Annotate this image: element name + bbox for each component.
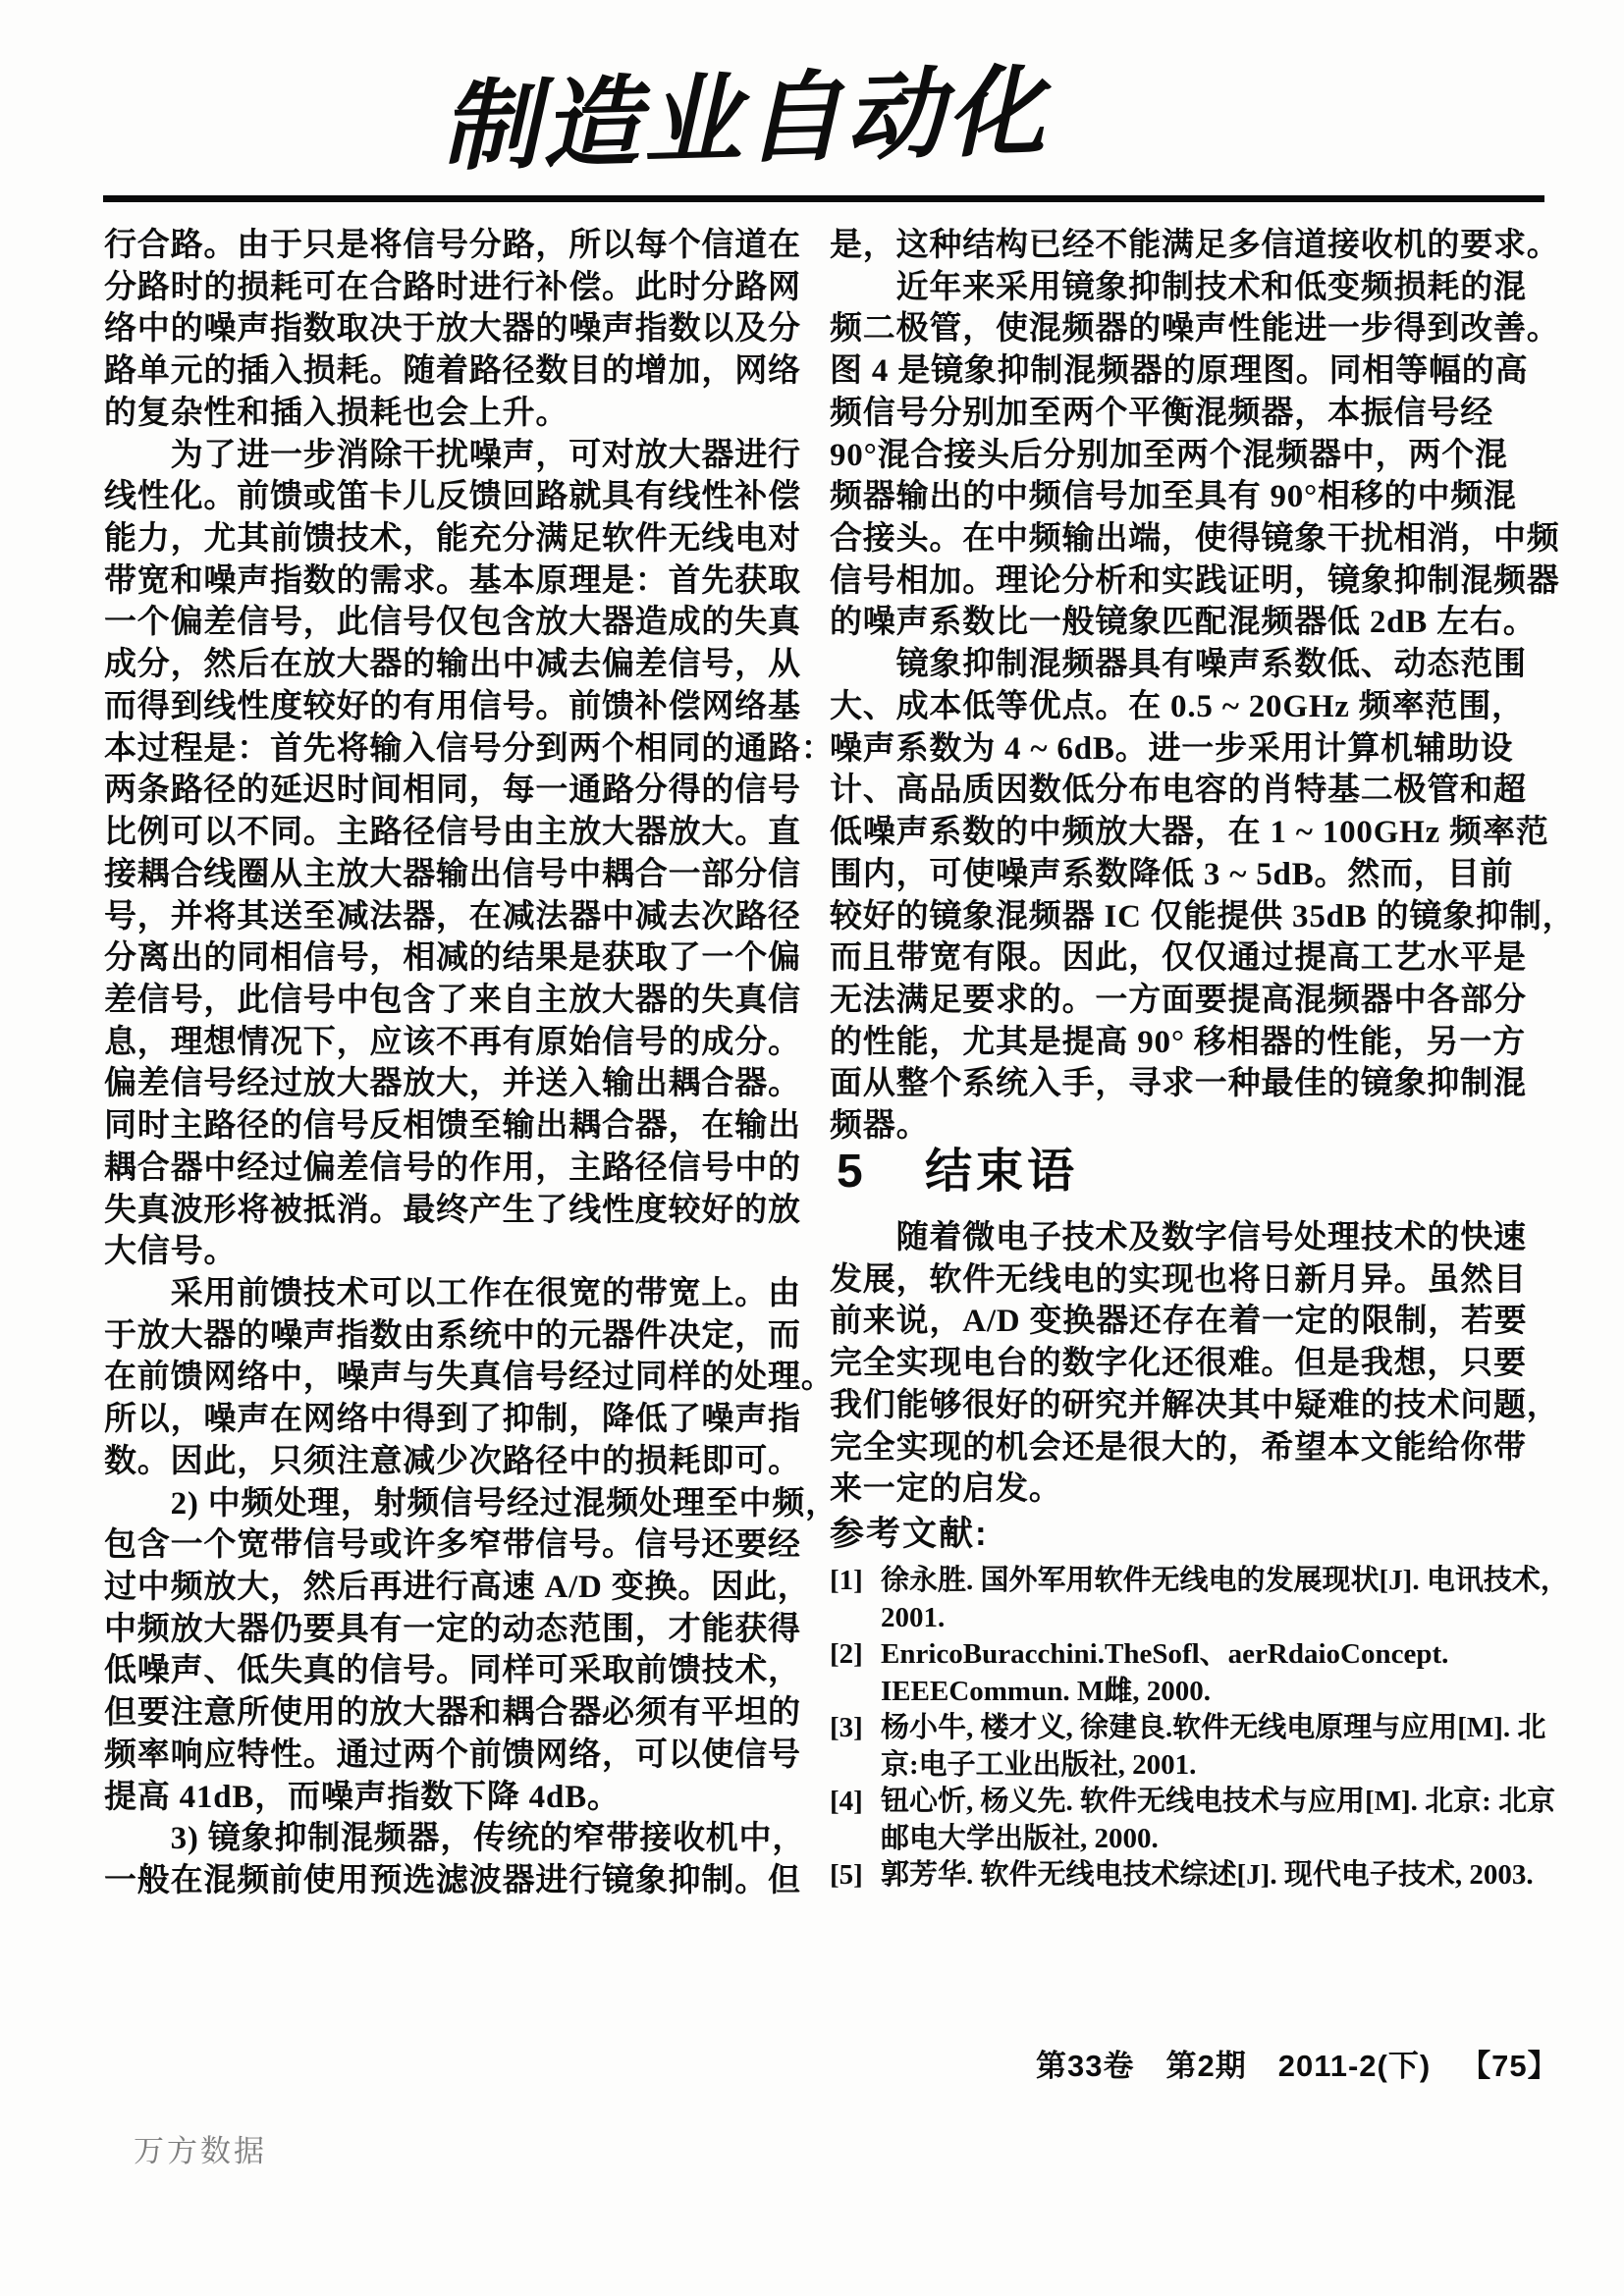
text-line: 无法满足要求的。一方面要提高混频器中各部分 <box>830 980 1544 1022</box>
text-line: 提高 41dB，而噪声指数下降 4dB。 <box>104 1777 813 1819</box>
references-heading: 参考文献: <box>830 1513 989 1556</box>
text-line: 围内，可使噪声系数降低 3 ~ 5dB。然而，目前 <box>830 854 1544 896</box>
text-line: 为了进一步消除干扰噪声，可对放大器进行 <box>104 435 813 477</box>
text-line: 行合路。由于只是将信号分路，所以每个信道在 <box>104 225 813 267</box>
reference-line: EnricoBuracchini.TheSofl、aerRdaioConcept… <box>881 1636 1546 1674</box>
text-line: 低噪声、低失真的信号。同样可采取前馈技术， <box>104 1650 813 1692</box>
text-line: 成分，然后在放大器的输出中减去偏差信号，从 <box>104 644 813 686</box>
reference-item: [2]EnricoBuracchini.TheSofl、aerRdaioConc… <box>830 1636 1546 1710</box>
text-line: 过中频放大，然后再进行高速 A/D 变换。因此， <box>104 1567 813 1609</box>
header-rule <box>103 195 1544 202</box>
footer-volume-issue: 第33卷 第2期 2011-2(下) <box>1036 2049 1431 2083</box>
text-line: 带宽和噪声指数的需求。基本原理是：首先获取 <box>104 561 813 603</box>
text-line: 的性能，尤其是提高 90° 移相器的性能，另一方 <box>830 1022 1544 1064</box>
text-line: 信号相加。理论分析和实践证明，镜象抑制混频器 <box>830 561 1544 603</box>
reference-item: [3]杨小牛, 楼才义, 徐建良.软件无线电原理与应用[M]. 北京:电子工业出… <box>830 1710 1546 1784</box>
section-title: 结束语 <box>925 1145 1078 1200</box>
section-number: 5 <box>837 1145 863 1200</box>
text-line: 络中的噪声指数取决于放大器的噪声指数以及分 <box>104 308 813 350</box>
text-line: 大信号。 <box>104 1231 813 1273</box>
text-line: 的复杂性和插入损耗也会上升。 <box>104 393 813 435</box>
text-line: 频器。 <box>830 1105 1544 1148</box>
text-line: 频信号分别加至两个平衡混频器，本振信号经 <box>830 393 1544 435</box>
left-column-text: 行合路。由于只是将信号分路，所以每个信道在分路时的损耗可在合路时进行补偿。此时分… <box>104 225 813 1902</box>
reference-label: [1] <box>830 1563 863 1600</box>
text-line: 在前馈网络中，噪声与失真信号经过同样的处理。 <box>104 1357 813 1399</box>
text-line: 完全实现电台的数字化还很难。但是我想，只要 <box>830 1343 1544 1385</box>
text-line: 面从整个系统入手，寻求一种最佳的镜象抑制混 <box>830 1063 1544 1105</box>
text-line: 镜象抑制混频器具有噪声系数低、动态范围 <box>830 644 1544 686</box>
text-line: 大、成本低等优点。在 0.5 ~ 20GHz 频率范围， <box>830 686 1544 728</box>
text-line: 频率响应特性。通过两个前馈网络，可以使信号 <box>104 1735 813 1777</box>
text-line: 计、高品质因数低分布电容的肖特基二极管和超 <box>830 770 1544 812</box>
text-line: 近年来采用镜象抑制技术和低变频损耗的混 <box>830 267 1544 309</box>
text-line: 采用前馈技术可以工作在很宽的带宽上。由 <box>104 1273 813 1315</box>
reference-line: 杨小牛, 楼才义, 徐建良.软件无线电原理与应用[M]. 北 <box>881 1710 1546 1747</box>
text-line: 2) 中频处理，射频信号经过混频处理至中频， <box>104 1483 813 1525</box>
reference-line: 邮电大学出版社, 2000. <box>881 1821 1546 1858</box>
conclusion-text: 随着微电子技术及数字信号处理技术的快速发展，软件无线电的实现也将日新月异。虽然目… <box>830 1217 1544 1511</box>
text-line: 路单元的插入损耗。随着路径数目的增加，网络 <box>104 350 813 393</box>
reference-line: 郭芳华. 软件无线电技术综述[J]. 现代电子技术, 2003. <box>881 1857 1546 1895</box>
reference-line: IEEECommun. M雌, 2000. <box>881 1674 1546 1711</box>
text-line: 能力，尤其前馈技术，能充分满足软件无线电对 <box>104 518 813 561</box>
text-line: 我们能够很好的研究并解决其中疑难的技术问题， <box>830 1385 1544 1427</box>
reference-item: [5]郭芳华. 软件无线电技术综述[J]. 现代电子技术, 2003. <box>830 1857 1546 1895</box>
text-line: 耦合器中经过偏差信号的作用，主路径信号中的 <box>104 1148 813 1190</box>
reference-label: [3] <box>830 1710 863 1747</box>
text-line: 频器输出的中频信号加至具有 90°相移的中频混 <box>830 476 1544 518</box>
text-line: 3) 镜象抑制混频器，传统的窄带接收机中， <box>104 1818 813 1860</box>
text-line: 低噪声系数的中频放大器，在 1 ~ 100GHz 频率范 <box>830 812 1544 854</box>
text-line: 息，理想情况下，应该不再有原始信号的成分。 <box>104 1022 813 1064</box>
text-line: 偏差信号经过放大器放大，并送入输出耦合器。 <box>104 1063 813 1105</box>
footer-page-badge: 【75】 <box>1460 2049 1558 2083</box>
text-line: 完全实现的机会还是很大的，希望本文能给你带 <box>830 1427 1544 1469</box>
wanfang-watermark: 万方数据 <box>134 2135 267 2168</box>
text-line: 同时主路径的信号反相馈至输出耦合器，在输出 <box>104 1105 813 1148</box>
footer-line: 第33卷 第2期 2011-2(下)【75】 <box>1036 2050 1559 2083</box>
text-line: 失真波形将被抵消。最终产生了线性度较好的放 <box>104 1190 813 1232</box>
text-line: 而且带宽有限。因此，仅仅通过提高工艺水平是 <box>830 937 1544 980</box>
reference-item: [1]徐永胜. 国外军用软件无线电的发展现状[J]. 电讯技术，2001. <box>830 1563 1546 1636</box>
right-column-intro-text: 是，这种结构已经不能满足多信道接收机的要求。 近年来采用镜象抑制技术和低变频损耗… <box>830 225 1544 1148</box>
text-line: 是，这种结构已经不能满足多信道接收机的要求。 <box>830 225 1544 267</box>
journal-logo: 制造业自动化 <box>438 49 1050 192</box>
scanned-paper-page: 制造业自动化 行合路。由于只是将信号分路，所以每个信道在分路时的损耗可在合路时进… <box>0 0 1624 2296</box>
text-line: 但要注意所使用的放大器和耦合器必须有平坦的 <box>104 1692 813 1735</box>
text-line: 包含一个宽带信号或许多窄带信号。信号还要经 <box>104 1524 813 1567</box>
reference-line: 钮心忻, 杨义先. 软件无线电技术与应用[M]. 北京: 北京 <box>881 1784 1546 1821</box>
reference-label: [4] <box>830 1784 863 1821</box>
reference-label: [2] <box>830 1636 863 1674</box>
reference-line: 徐永胜. 国外军用软件无线电的发展现状[J]. 电讯技术， <box>881 1563 1546 1600</box>
reference-line: 2001. <box>881 1600 1546 1637</box>
text-line: 数。因此，只须注意减少次路径中的损耗即可。 <box>104 1441 813 1483</box>
text-line: 分离出的同相信号，相减的结果是获取了一个偏 <box>104 937 813 980</box>
text-line: 前来说，A/D 变换器还存在着一定的限制，若要 <box>830 1301 1544 1343</box>
text-line: 所以，噪声在网络中得到了抑制，降低了噪声指 <box>104 1399 813 1441</box>
text-line: 随着微电子技术及数字信号处理技术的快速 <box>830 1217 1544 1259</box>
text-line: 比例可以不同。主路径信号由主放大器放大。直 <box>104 812 813 854</box>
text-line: 接耦合线圈从主放大器输出信号中耦合一部分信 <box>104 854 813 896</box>
text-line: 一个偏差信号，此信号仅包含放大器造成的失真 <box>104 602 813 644</box>
references-list: [1]徐永胜. 国外军用软件无线电的发展现状[J]. 电讯技术，2001.[2]… <box>830 1563 1546 1895</box>
text-line: 分路时的损耗可在合路时进行补偿。此时分路网 <box>104 267 813 309</box>
text-line: 而得到线性度较好的有用信号。前馈补偿网络基 <box>104 686 813 728</box>
text-line: 中频放大器仍要具有一定的动态范围，才能获得 <box>104 1609 813 1651</box>
text-line: 于放大器的噪声指数由系统中的元器件决定，而 <box>104 1315 813 1358</box>
text-line: 频二极管，使混频器的噪声性能进一步得到改善。 <box>830 308 1544 350</box>
text-line: 线性化。前馈或笛卡儿反馈回路就具有线性补偿 <box>104 476 813 518</box>
text-line: 两条路径的延迟时间相同，每一通路分得的信号 <box>104 770 813 812</box>
text-line: 图 4 是镜象抑制混频器的原理图。同相等幅的高 <box>830 350 1544 393</box>
text-line: 的噪声系数比一般镜象匹配混频器低 2dB 左右。 <box>830 602 1544 644</box>
text-line: 90°混合接头后分别加至两个混频器中，两个混 <box>830 435 1544 477</box>
section-heading-conclusion: 5 结束语 <box>837 1145 1078 1200</box>
text-line: 来一定的启发。 <box>830 1468 1544 1511</box>
text-line: 噪声系数为 4 ~ 6dB。进一步采用计算机辅助设 <box>830 728 1544 771</box>
reference-label: [5] <box>830 1857 863 1895</box>
reference-item: [4]钮心忻, 杨义先. 软件无线电技术与应用[M]. 北京: 北京邮电大学出版… <box>830 1784 1546 1857</box>
text-line: 较好的镜象混频器 IC 仅能提供 35dB 的镜象抑制， <box>830 896 1544 938</box>
text-line: 差信号，此信号中包含了来自主放大器的失真信 <box>104 980 813 1022</box>
text-line: 一般在混频前使用预选滤波器进行镜象抑制。但 <box>104 1860 813 1902</box>
text-line: 号，并将其送至减法器，在减法器中减去次路径 <box>104 896 813 938</box>
reference-line: 京:电子工业出版社, 2001. <box>881 1747 1546 1785</box>
text-line: 合接头。在中频输出端，使得镜象干扰相消，中频 <box>830 518 1544 561</box>
text-line: 本过程是：首先将输入信号分到两个相同的通路： <box>104 728 813 771</box>
text-line: 发展，软件无线电的实现也将日新月异。虽然目 <box>830 1259 1544 1302</box>
